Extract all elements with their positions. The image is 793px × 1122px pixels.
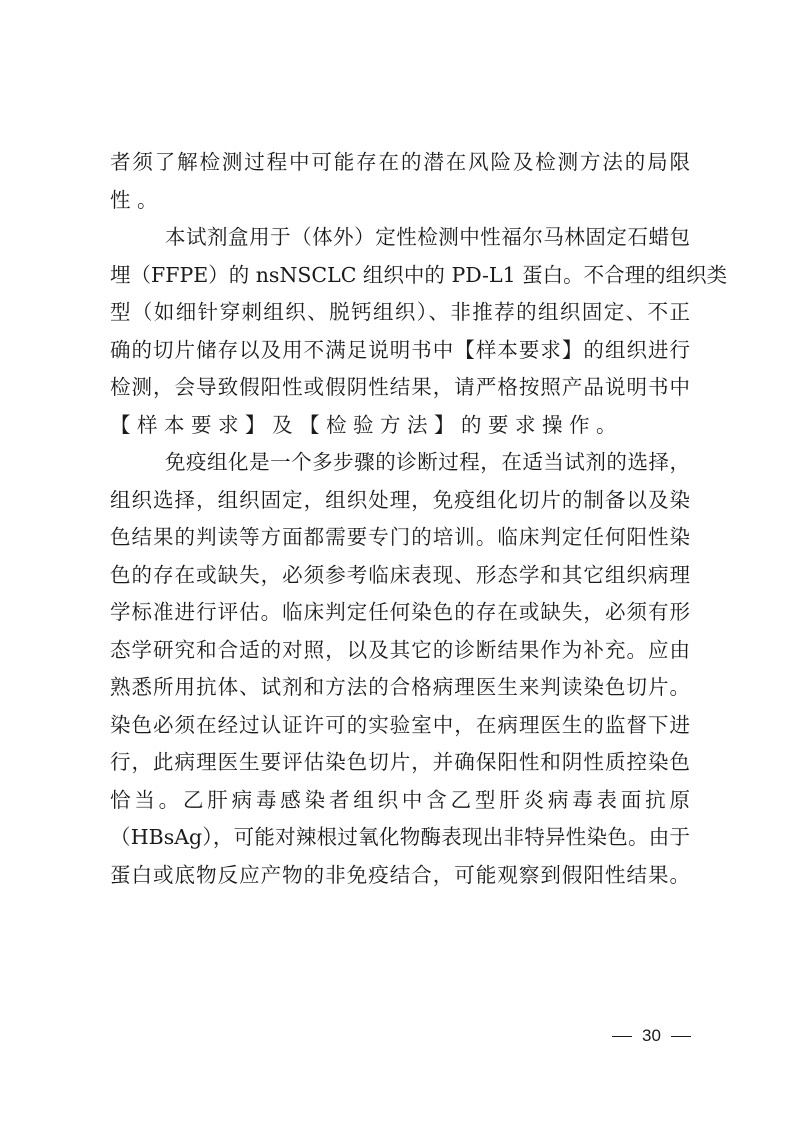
text-line: 熟悉所用抗体、试剂和方法的合格病理医生来判读染色切片。 xyxy=(110,669,690,707)
page-number: 30 xyxy=(612,1026,691,1046)
text-line: 检测，会导致假阳性或假阴性结果，请严格按照产品说明书中 xyxy=(110,369,690,407)
text-line: 确的切片储存以及用不满足说明书中【样本要求】的组织进行 xyxy=(110,332,690,370)
text-line: 【样本要求】及【检验方法】的要求操作。 xyxy=(110,407,690,445)
dash-left xyxy=(612,1036,632,1037)
text-line: （HBsAg），可能对辣根过氧化物酶表现出非特异性染色。由于 xyxy=(110,819,690,857)
text-line: 恰当。乙肝病毒感染者组织中含乙型肝炎病毒表面抗原 xyxy=(110,782,690,820)
paragraph-first-line: 本试剂盒用于（体外）定性检测中性福尔马林固定石蜡包 xyxy=(110,219,690,257)
text-line: 学标准进行评估。临床判定任何染色的存在或缺失，必须有形 xyxy=(110,594,690,632)
text-line: 蛋白或底物反应产物的非免疫结合，可能观察到假阳性结果。 xyxy=(110,857,690,895)
text-line: 色的存在或缺失，必须参考临床表现、形态学和其它组织病理 xyxy=(110,557,690,595)
text-line: 组织选择，组织固定，组织处理，免疫组化切片的制备以及染 xyxy=(110,482,690,520)
page-number-text: 30 xyxy=(642,1026,661,1046)
text-line: 行，此病理医生要评估染色切片，并确保阳性和阴性质控染色 xyxy=(110,744,690,782)
body-text: 者须了解检测过程中可能存在的潜在风险及检测方法的局限 性。 本试剂盒用于（体外）… xyxy=(110,144,690,894)
document-page: 者须了解检测过程中可能存在的潜在风险及检测方法的局限 性。 本试剂盒用于（体外）… xyxy=(0,0,793,1122)
text-line: 埋（FFPE）的 nsNSCLC 组织中的 PD-L1 蛋白。不合理的组织类 xyxy=(110,257,690,295)
text-line: 型（如细针穿刺组织、脱钙组织）、非推荐的组织固定、不正 xyxy=(110,294,690,332)
text-line: 色结果的判读等方面都需要专门的培训。临床判定任何阳性染 xyxy=(110,519,690,557)
text-line: 态学研究和合适的对照，以及其它的诊断结果作为补充。应由 xyxy=(110,632,690,670)
dash-right xyxy=(671,1036,691,1037)
text-line: 性。 xyxy=(110,182,690,220)
paragraph-first-line: 免疫组化是一个多步骤的诊断过程，在适当试剂的选择， xyxy=(110,444,690,482)
text-line: 染色必须在经过认证许可的实验室中，在病理医生的监督下进 xyxy=(110,707,690,745)
text-line: 者须了解检测过程中可能存在的潜在风险及检测方法的局限 xyxy=(110,144,690,182)
